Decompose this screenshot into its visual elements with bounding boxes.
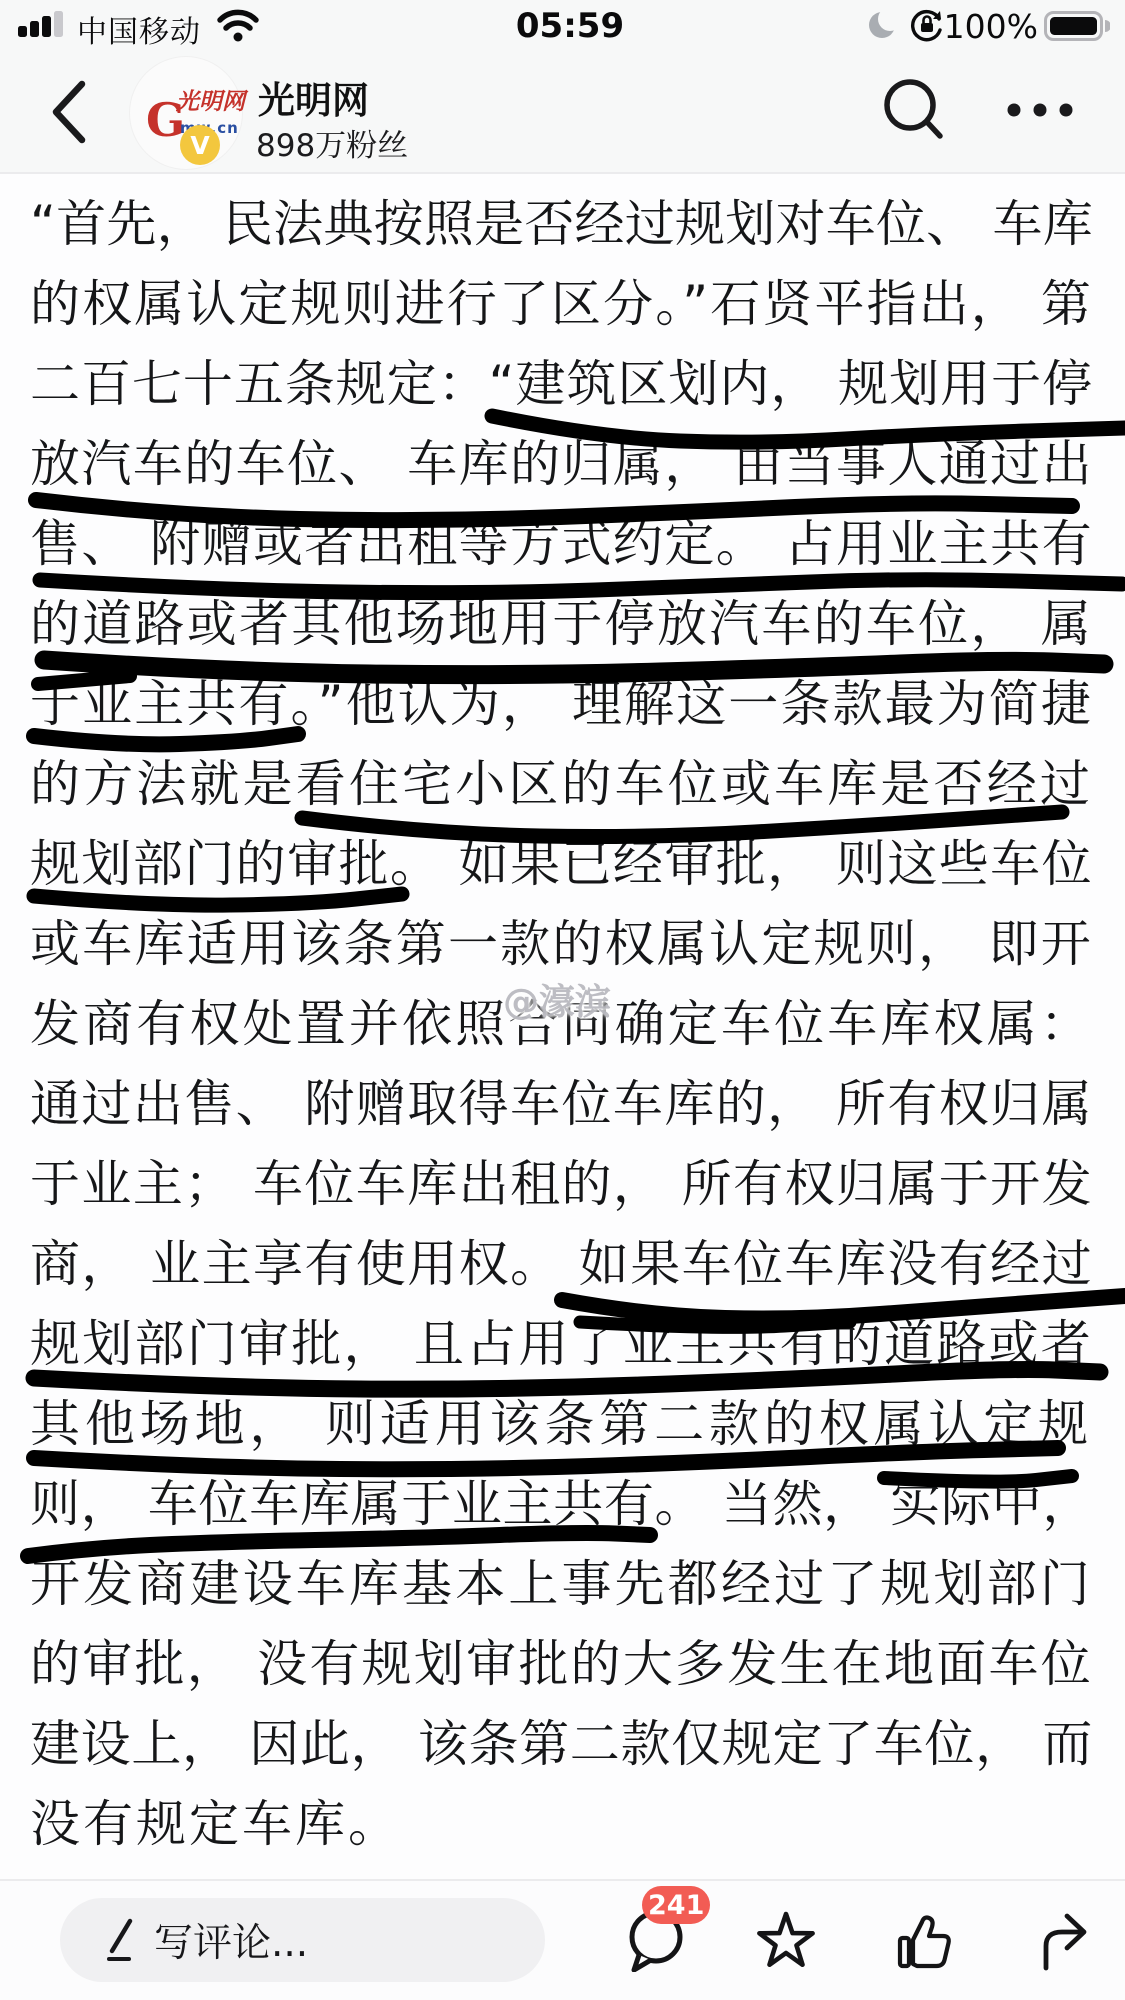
article-line: 售、 附赠或者出租等方式约定。 占用业主共有 — [0, 504, 1125, 584]
article-line: 于业主共有。”他认为， 理解这一条款最为简捷 — [0, 664, 1125, 744]
status-bar: 中国移动 05:59 100% — [0, 0, 1125, 48]
comment-count-badge: 241 — [642, 1886, 710, 1924]
article-line: 商， 业主享有使用权。 如果车位车库没有经过 — [0, 1224, 1125, 1304]
like-thumbs-up-button[interactable] — [892, 1908, 956, 1972]
article-line: 放汽车的车位、 车库的归属， 由当事人通过出 — [0, 424, 1125, 504]
comment-placeholder: 写评论... — [154, 1912, 308, 1968]
avatar-logo-script: 光明网 — [176, 83, 245, 116]
article-line: 其他场地， 则适用该条第二款的权属认定规 — [0, 1384, 1125, 1464]
article-line: “首先， 民法典按照是否经过规划对车位、 车库 — [0, 184, 1125, 264]
pencil-icon — [100, 1917, 140, 1963]
account-name[interactable]: 光明网 — [258, 70, 369, 124]
article-line: 的方法就是看住宅小区的车位或车库是否经过 — [0, 744, 1125, 824]
avatar[interactable]: G 光明网 mw.cn V — [130, 57, 242, 169]
article-line: 没有规定车库。 — [0, 1784, 1125, 1864]
profile-header: G 光明网 mw.cn V 光明网 898万粉丝 — [0, 48, 1125, 174]
clock-label: 05:59 — [500, 6, 640, 46]
article-line: 则， 车位车库属于业主共有。 当然， 实际中， — [0, 1464, 1125, 1544]
article-line: 开发商建设车库基本上事先都经过了规划部门 — [0, 1544, 1125, 1624]
article-content: “首先， 民法典按照是否经过规划对车位、 车库的权属认定规则进行了区分。”石贤平… — [0, 174, 1125, 1879]
article-line: 规划部门审批， 且占用了业主共有的道路或者 — [0, 1304, 1125, 1384]
watermark: @濠滨 — [503, 974, 611, 1025]
battery-icon — [1044, 11, 1110, 41]
article-line: 的权属认定规则进行了区分。”石贤平指出， 第 — [0, 264, 1125, 344]
article-line: 通过出售、 附赠取得车位车库的， 所有权归属 — [0, 1064, 1125, 1144]
do-not-disturb-moon-icon — [868, 10, 898, 40]
carrier-label: 中国移动 — [77, 7, 201, 51]
wifi-icon — [214, 8, 262, 42]
article-line: 或车库适用该条第一款的权属认定规则， 即开 — [0, 904, 1125, 984]
more-options-icon[interactable] — [1000, 88, 1080, 132]
article-line: 的道路或者其他场地用于停放汽车的车位， 属 — [0, 584, 1125, 664]
comment-input[interactable]: 写评论... — [60, 1898, 545, 1982]
comment-bar: 写评论... 241 — [0, 1879, 1125, 2000]
orientation-lock-icon — [910, 8, 944, 42]
article-line: 规划部门的审批。 如果已经审批， 则这些车位 — [0, 824, 1125, 904]
favorite-star-button[interactable] — [754, 1908, 818, 1972]
article-line: 于业主； 车位车库出租的， 所有权归属于开发 — [0, 1144, 1125, 1224]
search-icon[interactable] — [880, 75, 948, 145]
back-button[interactable] — [40, 78, 100, 148]
battery-percent-label: 100% — [940, 7, 1038, 46]
weibo-article-screen: 中国移动 05:59 100% G 光明网 — [0, 0, 1125, 2000]
article-line: 二百七十五条规定：“建筑区划内， 规划用于停 — [0, 344, 1125, 424]
article-line: 的审批， 没有规划审批的大多发生在地面车位 — [0, 1624, 1125, 1704]
follower-count: 898万粉丝 — [256, 120, 408, 165]
share-button[interactable] — [1034, 1908, 1098, 1972]
article-line: 建设上， 因此， 该条第二款仅规定了车位， 而 — [0, 1704, 1125, 1784]
verified-badge-icon: V — [180, 125, 220, 165]
signal-strength-icon — [18, 10, 68, 38]
